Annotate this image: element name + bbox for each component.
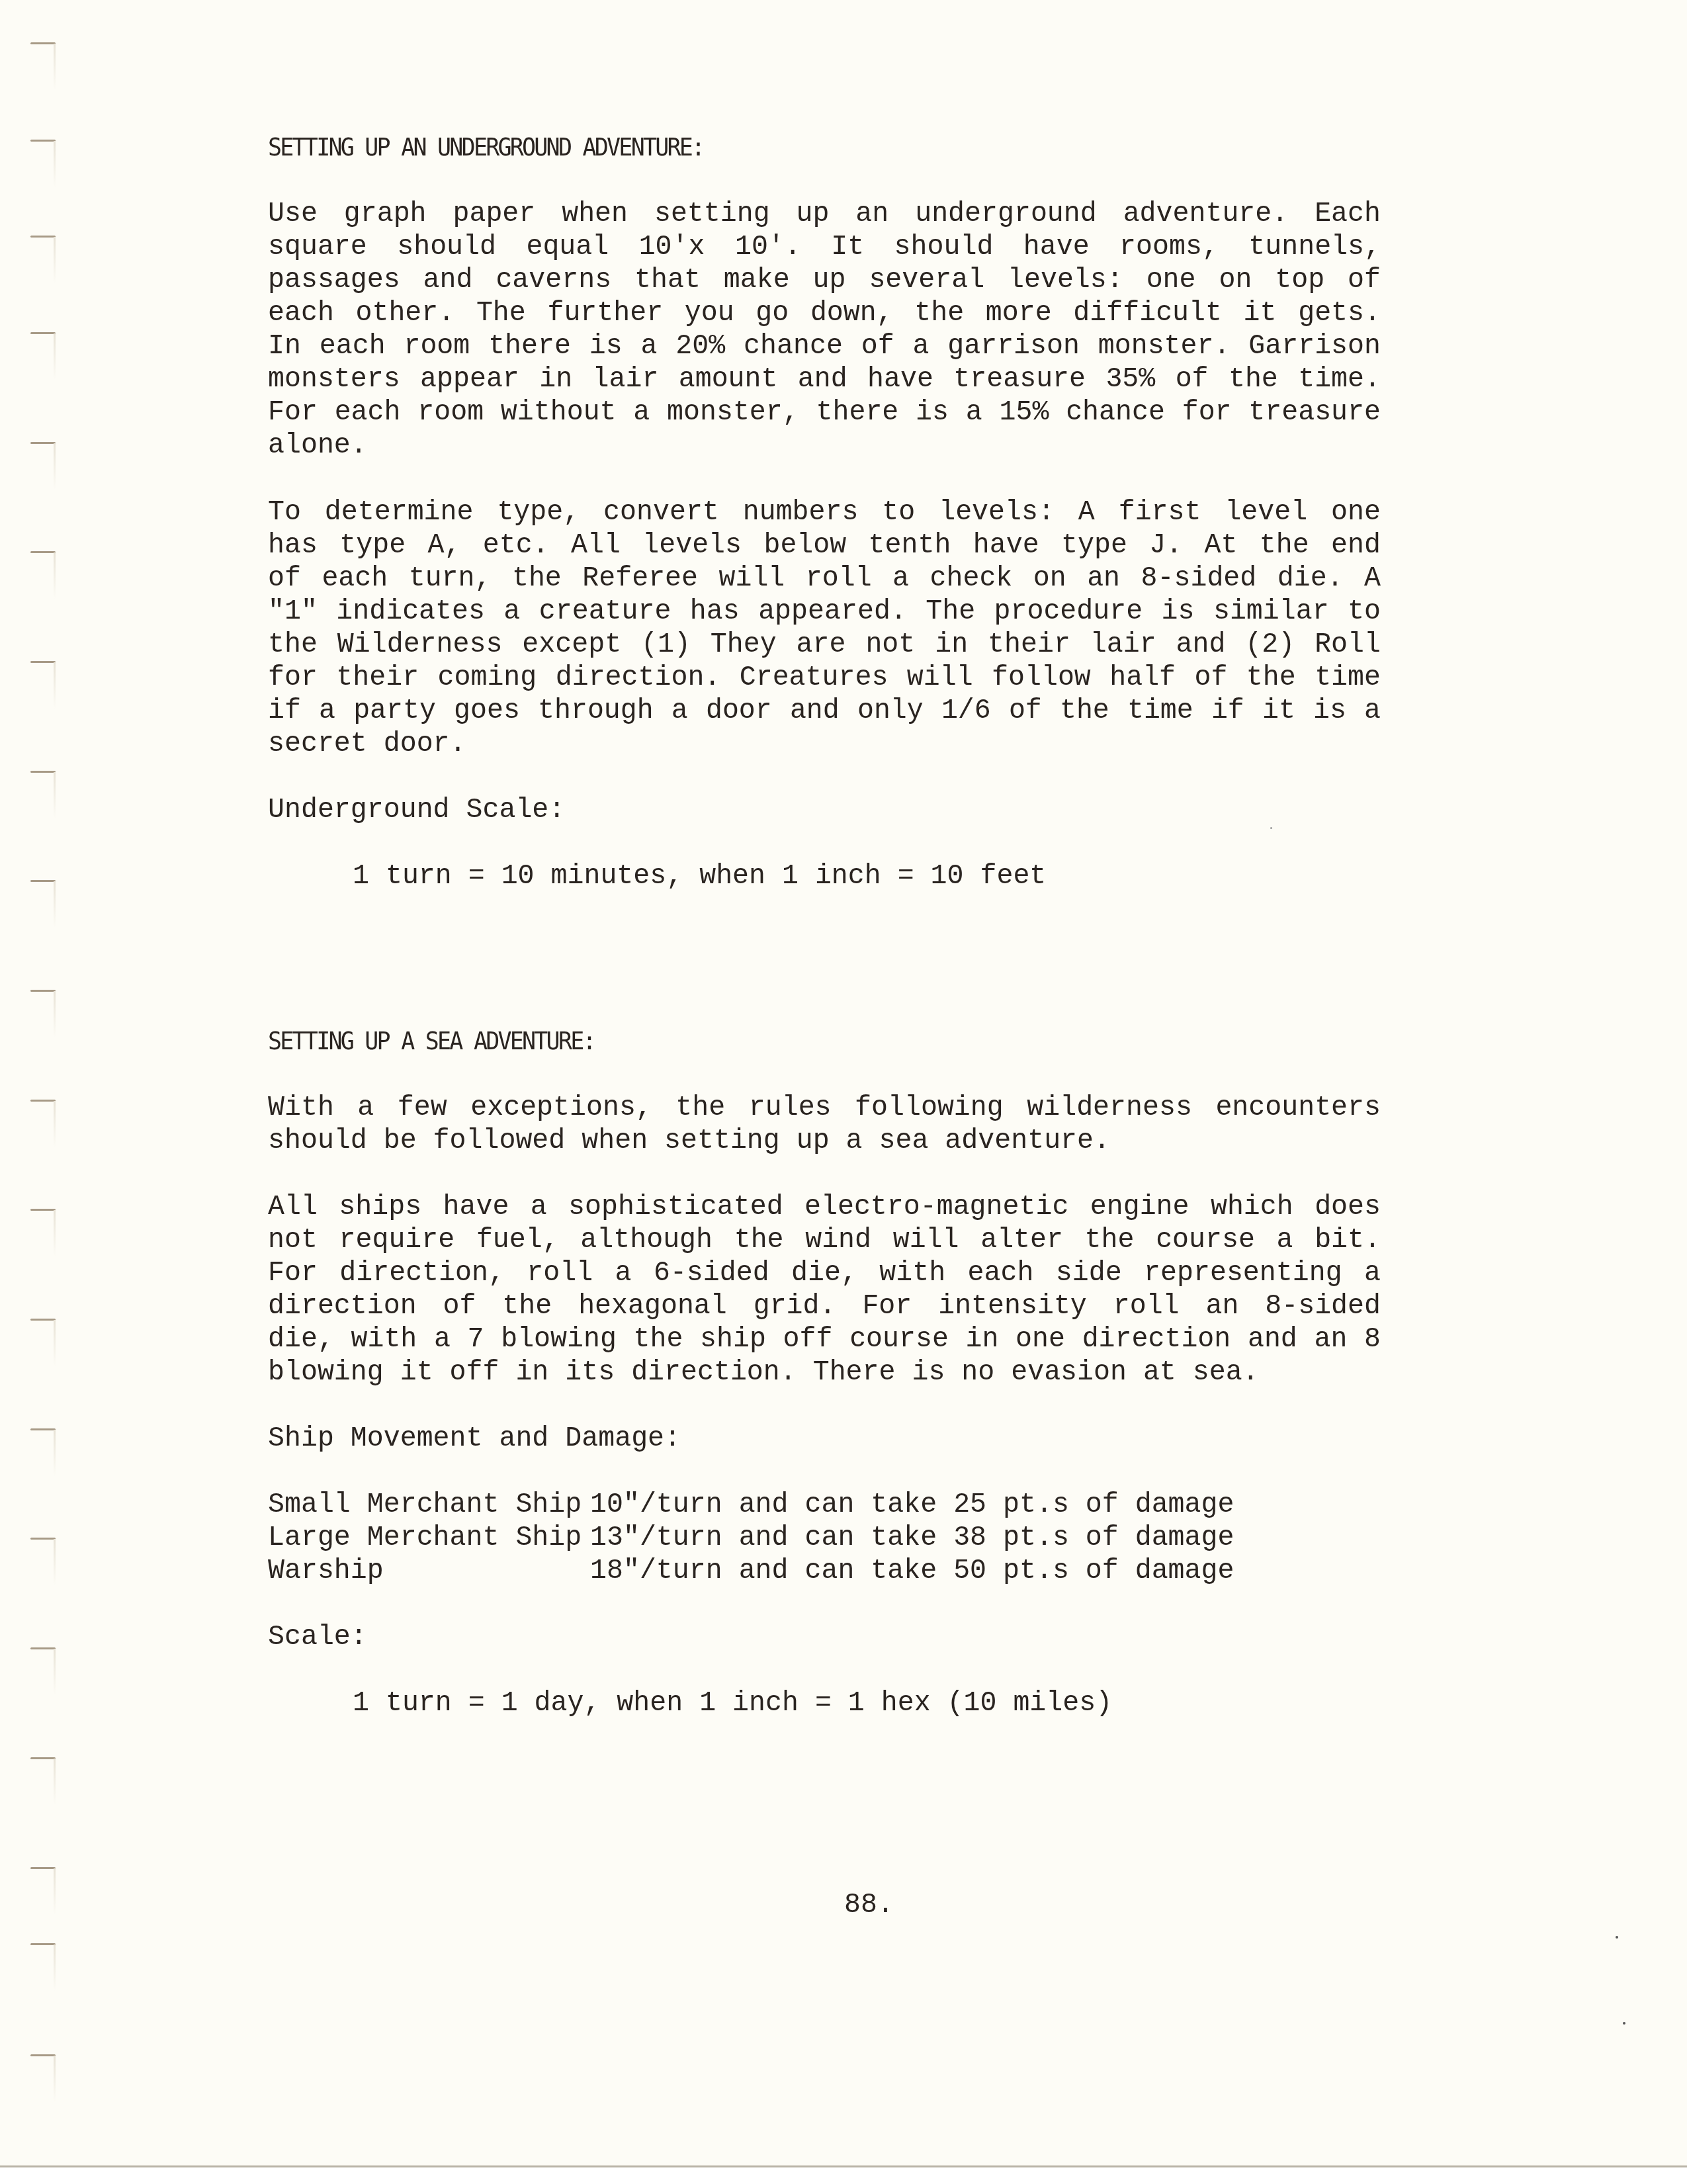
paragraph-line: With a few exceptions, the rules followi… [268, 1092, 1381, 1125]
paragraph-line: blowing it off in its direction. There i… [268, 1356, 1259, 1389]
punch-hole-mark [30, 880, 56, 882]
punch-hole-mark [30, 1209, 56, 1211]
paper-speck [1623, 2022, 1625, 2025]
paragraph-line: passages and caverns that make up severa… [268, 264, 1381, 297]
paragraph-line: for their coming direction. Creatures wi… [268, 662, 1381, 695]
paper-speck [1616, 1936, 1618, 1939]
punch-hole-mark [30, 1867, 56, 1869]
scale-value: 1 turn = 10 minutes, when 1 inch = 10 fe… [353, 860, 1046, 893]
section-heading: SETTING UP A SEA ADVENTURE: [268, 1024, 595, 1057]
punch-hole-mark [30, 661, 56, 663]
ship-name: Warship [268, 1555, 384, 1588]
paragraph-line: "1" indicates a creature has appeared. T… [268, 595, 1381, 629]
punch-hole-mark [30, 1428, 56, 1430]
ship-stats: 10"/turn and can take 25 pt.s of damage [590, 1489, 1234, 1522]
ship-name: Large Merchant Ship [268, 1522, 582, 1555]
punch-hole-mark [30, 1100, 56, 1102]
punch-hole-mark [30, 42, 56, 44]
paragraph-line: For each room without a monster, there i… [268, 396, 1381, 429]
paper-speck [1270, 827, 1272, 829]
punch-hole-mark [30, 1538, 56, 1540]
punch-hole-mark [30, 236, 56, 238]
document-page: SETTING UP AN UNDERGROUND ADVENTURE: Use… [0, 0, 1687, 2167]
paragraph-line: has type A, etc. All levels below tenth … [268, 529, 1381, 562]
punch-hole-mark [30, 1319, 56, 1321]
paragraph-line: To determine type, convert numbers to le… [268, 496, 1381, 529]
paragraph-line: of each turn, the Referee will roll a ch… [268, 562, 1381, 595]
scale-label: Scale: [268, 1621, 367, 1654]
punch-hole-mark [30, 551, 56, 553]
punch-hole-mark [30, 1757, 56, 1759]
section-heading: SETTING UP AN UNDERGROUND ADVENTURE: [268, 130, 703, 163]
paragraph-line: die, with a 7 blowing the ship off cours… [268, 1323, 1381, 1356]
paragraph-line: should be followed when setting up a sea… [268, 1125, 1110, 1158]
paragraph-line: not require fuel, although the wind will… [268, 1224, 1381, 1257]
ship-table-label: Ship Movement and Damage: [268, 1422, 681, 1456]
punch-hole-mark [30, 1647, 56, 1649]
punch-hole-mark [30, 140, 56, 142]
scale-label: Underground Scale: [268, 794, 565, 827]
paragraph-line: alone. [268, 429, 367, 462]
paragraph-line: the Wilderness except (1) They are not i… [268, 629, 1381, 662]
paragraph-line: In each room there is a 20% chance of a … [268, 330, 1381, 363]
punch-hole-mark [30, 2054, 56, 2056]
paragraph-line: each other. The further you go down, the… [268, 297, 1381, 330]
scale-value: 1 turn = 1 day, when 1 inch = 1 hex (10 … [353, 1687, 1112, 1720]
paragraph-line: direction of the hexagonal grid. For int… [268, 1290, 1381, 1323]
punch-hole-mark [30, 990, 56, 992]
paragraph-line: Use graph paper when setting up an under… [268, 198, 1381, 231]
paragraph-line: if a party goes through a door and only … [268, 695, 1381, 728]
punch-hole-mark [30, 771, 56, 773]
ship-name: Small Merchant Ship [268, 1489, 582, 1522]
punch-hole-mark [30, 1943, 56, 1945]
paragraph-line: secret door. [268, 728, 466, 761]
punch-hole-mark [30, 442, 56, 444]
paragraph-line: For direction, roll a 6-sided die, with … [268, 1257, 1381, 1290]
page-number: 88. [844, 1889, 894, 1922]
paragraph-line: monsters appear in lair amount and have … [268, 363, 1381, 396]
punch-hole-mark [30, 332, 56, 334]
paragraph-line: square should equal 10'x 10'. It should … [268, 231, 1381, 264]
ship-stats: 13"/turn and can take 38 pt.s of damage [590, 1522, 1234, 1555]
paragraph-line: All ships have a sophisticated electro-m… [268, 1191, 1381, 1224]
ship-stats: 18"/turn and can take 50 pt.s of damage [590, 1555, 1234, 1588]
